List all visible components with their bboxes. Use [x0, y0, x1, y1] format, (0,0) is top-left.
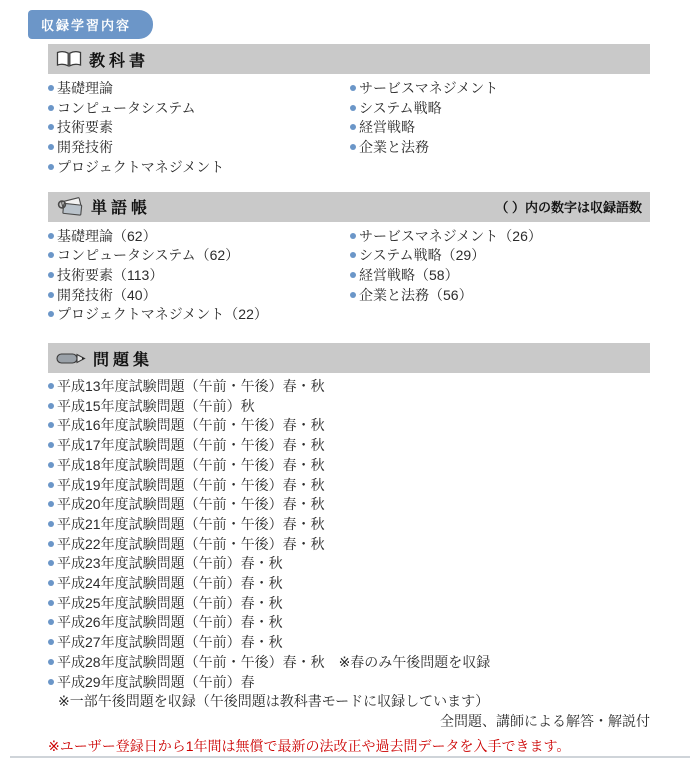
- list-item: 経営戦略（58）: [350, 266, 650, 286]
- list-item: 平成20年度試験問題（午前・午後）春・秋: [48, 495, 650, 515]
- list-item-label: 平成16年度試験問題（午前・午後）春・秋: [57, 417, 325, 433]
- list-item-label: 平成23年度試験問題（午前）春・秋: [57, 555, 283, 571]
- list-item: 開発技術: [48, 138, 350, 158]
- list-item-label: 平成24年度試験問題（午前）春・秋: [57, 575, 283, 591]
- list-item-label: 平成28年度試験問題（午前・午後）春・秋 ※春のみ午後問題を収録: [57, 654, 490, 670]
- list-item: 平成16年度試験問題（午前・午後）春・秋: [48, 416, 650, 436]
- list-item-label: 技術要素（113）: [57, 267, 163, 283]
- bullet-icon: [350, 124, 356, 130]
- bullet-icon: [48, 311, 54, 317]
- textbook-header-bar: 教科書: [48, 44, 650, 74]
- list-item-label: 開発技術（40）: [57, 287, 157, 303]
- list-item-label: サービスマネジメント: [359, 80, 498, 96]
- bullet-icon: [48, 442, 54, 448]
- list-item-label: 平成13年度試験問題（午前・午後）春・秋: [57, 378, 325, 394]
- bullet-icon: [48, 403, 54, 409]
- list-item-label: サービスマネジメント（26）: [359, 228, 542, 244]
- textbook-left-column: 基礎理論 コンピュータシステム 技術要素 開発技術 プロジェクトマネジメント: [48, 79, 350, 178]
- list-item: システム戦略（29）: [350, 246, 650, 266]
- bullet-icon: [48, 233, 54, 239]
- textbook-right-column: サービスマネジメント システム戦略 経営戦略 企業と法務: [350, 79, 650, 178]
- list-item-label: 基礎理論（62）: [57, 228, 157, 244]
- bullet-icon: [48, 639, 54, 645]
- wordbook-lists: 基礎理論（62） コンピュータシステム（62） 技術要素（113） 開発技術（4…: [48, 227, 650, 326]
- list-item-label: 平成22年度試験問題（午前・午後）春・秋: [57, 536, 325, 552]
- list-item: 平成29年度試験問題（午前）春: [48, 673, 650, 693]
- list-item: 平成27年度試験問題（午前）春・秋: [48, 633, 650, 653]
- wordbook-count-note: （ ）内の数字は収録語数: [495, 197, 642, 216]
- workbook-footnote: ※一部午後問題を収録（午後問題は教科書モードに収録しています）: [48, 692, 650, 712]
- bullet-icon: [48, 105, 54, 111]
- list-item-label: 平成19年度試験問題（午前・午後）春・秋: [57, 477, 325, 493]
- open-book-icon: [56, 50, 82, 68]
- list-item: 経営戦略: [350, 118, 650, 138]
- list-item-label: 平成29年度試験問題（午前）春: [57, 674, 255, 690]
- bullet-icon: [48, 422, 54, 428]
- list-item-label: 平成21年度試験問題（午前・午後）春・秋: [57, 516, 325, 532]
- bottom-divider: [10, 756, 690, 758]
- answers-note: 全問題、講師による解答・解説付: [48, 712, 650, 732]
- list-item: 企業と法務: [350, 138, 650, 158]
- bullet-icon: [48, 541, 54, 547]
- content: 教科書 基礎理論 コンピュータシステム 技術要素 開発技術 プロジェクトマネジメ…: [48, 44, 650, 755]
- wordbook-title: 単語帳: [91, 195, 151, 218]
- list-item: 企業と法務（56）: [350, 286, 650, 306]
- wordbook-left-column: 基礎理論（62） コンピュータシステム（62） 技術要素（113） 開発技術（4…: [48, 227, 350, 326]
- list-item: 平成15年度試験問題（午前）秋: [48, 397, 650, 417]
- bullet-icon: [48, 560, 54, 566]
- bullet-icon: [350, 292, 356, 298]
- bullet-icon: [48, 272, 54, 278]
- list-item: 開発技術（40）: [48, 286, 350, 306]
- bullet-icon: [48, 252, 54, 258]
- list-item-label: 平成20年度試験問題（午前・午後）春・秋: [57, 496, 325, 512]
- list-item: 技術要素（113）: [48, 266, 350, 286]
- list-item: システム戦略: [350, 99, 650, 119]
- list-item-label: システム戦略: [359, 100, 442, 116]
- bullet-icon: [350, 252, 356, 258]
- bullet-icon: [350, 85, 356, 91]
- list-item: コンピュータシステム: [48, 99, 350, 119]
- list-item-label: 平成17年度試験問題（午前・午後）春・秋: [57, 437, 325, 453]
- list-item: 平成21年度試験問題（午前・午後）春・秋: [48, 515, 650, 535]
- list-item: サービスマネジメント（26）: [350, 227, 650, 247]
- list-item-label: コンピュータシステム（62）: [57, 247, 239, 263]
- wordbook-header-bar: 単語帳 （ ）内の数字は収録語数: [48, 192, 650, 222]
- bullet-icon: [350, 144, 356, 150]
- list-item: 基礎理論: [48, 79, 350, 99]
- list-item: 平成19年度試験問題（午前・午後）春・秋: [48, 476, 650, 496]
- section-workbook: 問題集 平成13年度試験問題（午前・午後）春・秋 平成15年度試験問題（午前）秋…: [48, 343, 650, 732]
- list-item: 平成22年度試験問題（午前・午後）春・秋: [48, 535, 650, 555]
- list-item-label: 企業と法務: [359, 139, 429, 155]
- list-item: 平成26年度試験問題（午前）春・秋: [48, 613, 650, 633]
- flashcards-icon: [56, 197, 84, 217]
- list-item: 平成25年度試験問題（午前）春・秋: [48, 594, 650, 614]
- list-item: プロジェクトマネジメント: [48, 158, 350, 178]
- list-item-label: プロジェクトマネジメント（22）: [57, 306, 268, 322]
- bullet-icon: [48, 383, 54, 389]
- list-item-label: 経営戦略（58）: [359, 267, 459, 283]
- list-item: 基礎理論（62）: [48, 227, 350, 247]
- bullet-icon: [48, 679, 54, 685]
- wordbook-right-column: サービスマネジメント（26） システム戦略（29） 経営戦略（58） 企業と法務…: [350, 227, 650, 326]
- page-title-badge: 収録学習内容: [28, 10, 153, 39]
- bullet-icon: [48, 501, 54, 507]
- workbook-header-bar: 問題集: [48, 343, 650, 373]
- pencil-icon: [56, 352, 86, 365]
- section-wordbook: 単語帳 （ ）内の数字は収録語数 基礎理論（62） コンピュータシステム（62）…: [48, 192, 650, 326]
- section-textbook: 教科書 基礎理論 コンピュータシステム 技術要素 開発技術 プロジェクトマネジメ…: [48, 44, 650, 178]
- page: 収録学習内容 教科書 基礎理論 コンピュータシステム 技術要素 開発技術: [0, 0, 700, 764]
- workbook-title: 問題集: [93, 347, 153, 370]
- bullet-icon: [48, 144, 54, 150]
- list-item: 平成28年度試験問題（午前・午後）春・秋 ※春のみ午後問題を収録: [48, 653, 650, 673]
- list-item-label: 平成26年度試験問題（午前）春・秋: [57, 614, 283, 630]
- list-item: 平成17年度試験問題（午前・午後）春・秋: [48, 436, 650, 456]
- bullet-icon: [350, 272, 356, 278]
- bullet-icon: [350, 105, 356, 111]
- list-item: プロジェクトマネジメント（22）: [48, 305, 350, 325]
- bullet-icon: [48, 462, 54, 468]
- list-item: 平成13年度試験問題（午前・午後）春・秋: [48, 377, 650, 397]
- bullet-icon: [48, 521, 54, 527]
- list-item: 平成23年度試験問題（午前）春・秋: [48, 554, 650, 574]
- bullet-icon: [48, 124, 54, 130]
- bullet-icon: [48, 600, 54, 606]
- list-item-label: コンピュータシステム: [57, 100, 196, 116]
- list-item-label: 平成25年度試験問題（午前）春・秋: [57, 595, 283, 611]
- list-item: サービスマネジメント: [350, 79, 650, 99]
- user-registration-notice: ※ユーザー登録日から1年間は無償で最新の法改正や過去問データを入手できます。: [48, 737, 650, 755]
- list-item: コンピュータシステム（62）: [48, 246, 350, 266]
- list-item-label: 開発技術: [57, 139, 113, 155]
- list-item-label: 基礎理論: [57, 80, 113, 96]
- textbook-title: 教科書: [89, 48, 149, 71]
- list-item-label: 経営戦略: [359, 119, 415, 135]
- list-item-label: 技術要素: [57, 119, 113, 135]
- bullet-icon: [48, 85, 54, 91]
- bullet-icon: [48, 619, 54, 625]
- list-item-label: 平成27年度試験問題（午前）春・秋: [57, 634, 283, 650]
- list-item: 平成24年度試験問題（午前）春・秋: [48, 574, 650, 594]
- bullet-icon: [350, 233, 356, 239]
- list-item: 技術要素: [48, 118, 350, 138]
- list-item-label: 平成15年度試験問題（午前）秋: [57, 398, 255, 414]
- textbook-lists: 基礎理論 コンピュータシステム 技術要素 開発技術 プロジェクトマネジメント サ…: [48, 79, 650, 178]
- workbook-list: 平成13年度試験問題（午前・午後）春・秋 平成15年度試験問題（午前）秋 平成1…: [48, 377, 650, 692]
- list-item-label: 企業と法務（56）: [359, 287, 473, 303]
- bullet-icon: [48, 292, 54, 298]
- bullet-icon: [48, 580, 54, 586]
- bullet-icon: [48, 659, 54, 665]
- list-item-label: システム戦略（29）: [359, 247, 485, 263]
- list-item: 平成18年度試験問題（午前・午後）春・秋: [48, 456, 650, 476]
- list-item-label: 平成18年度試験問題（午前・午後）春・秋: [57, 457, 325, 473]
- bullet-icon: [48, 482, 54, 488]
- bullet-icon: [48, 164, 54, 170]
- list-item-label: プロジェクトマネジメント: [57, 159, 224, 175]
